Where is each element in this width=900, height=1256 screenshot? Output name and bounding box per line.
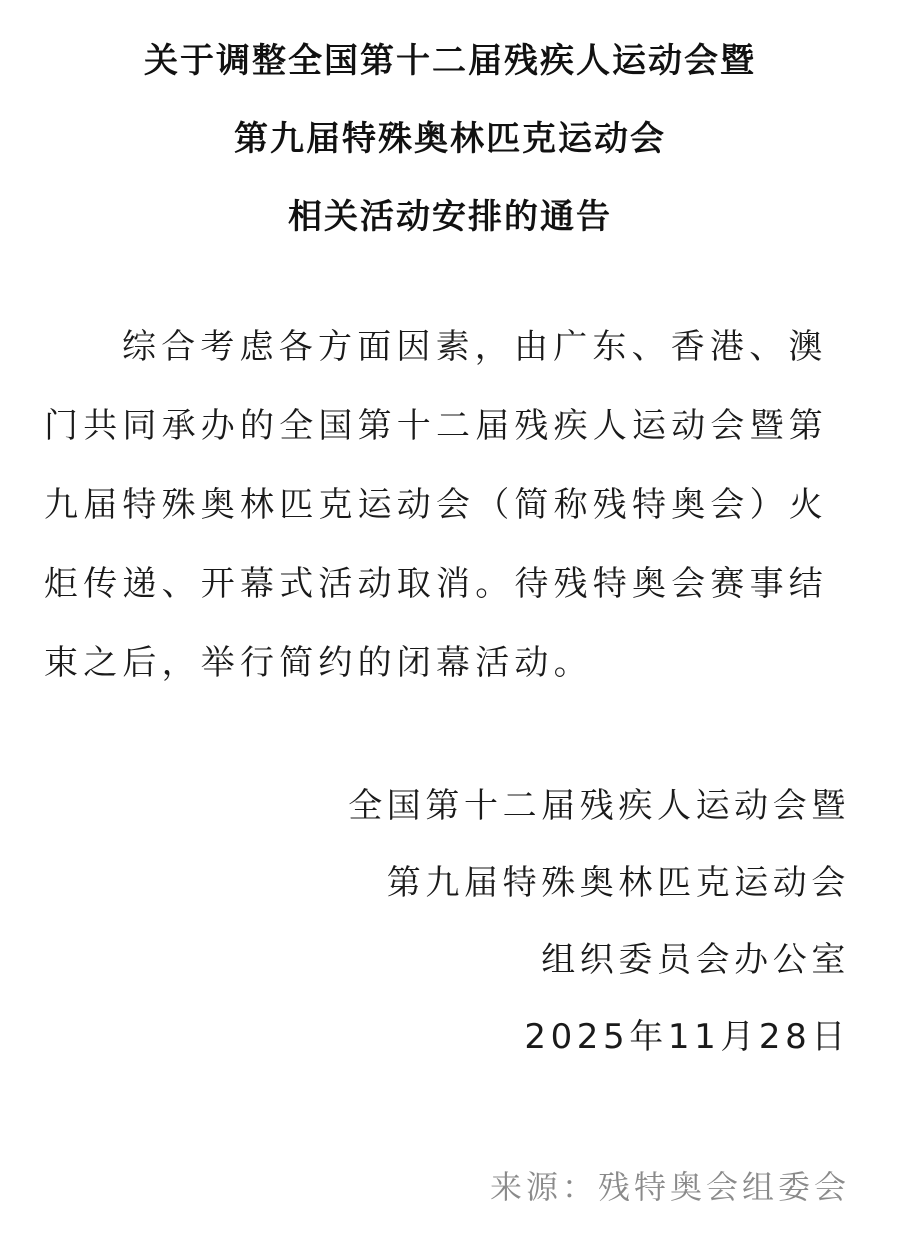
title-line-2: 第九届特殊奥林匹克运动会 [0,100,900,178]
signature-org-line-1: 全国第十二届残疾人运动会暨 [348,768,850,845]
body-line-3: 九届特殊奥林匹克运动会（简称残特奥会）火 [44,466,852,545]
body-line-5: 束之后，举行简约的闭幕活动。 [44,624,852,703]
body-line-4: 炬传递、开幕式活动取消。待残特奥会赛事结 [44,545,852,624]
signature-office: 组织委员会办公室 [348,922,850,999]
title-line-1: 关于调整全国第十二届残疾人运动会暨 [0,22,900,100]
signature-block: 全国第十二届残疾人运动会暨 第九届特殊奥林匹克运动会 组织委员会办公室 2025… [348,768,850,1076]
notice-title: 关于调整全国第十二届残疾人运动会暨 第九届特殊奥林匹克运动会 相关活动安排的通告 [0,22,900,256]
title-line-3: 相关活动安排的通告 [0,178,900,256]
source-attribution: 来源：残特奥会组委会 [490,1162,850,1208]
body-line-2: 门共同承办的全国第十二届残疾人运动会暨第 [44,387,852,466]
body-line-1: 综合考虑各方面因素，由广东、香港、澳 [44,308,852,387]
signature-org-line-2: 第九届特殊奥林匹克运动会 [348,845,850,922]
notice-body: 综合考虑各方面因素，由广东、香港、澳 门共同承办的全国第十二届残疾人运动会暨第 … [44,308,852,703]
signature-date: 2025年11月28日 [348,999,850,1076]
